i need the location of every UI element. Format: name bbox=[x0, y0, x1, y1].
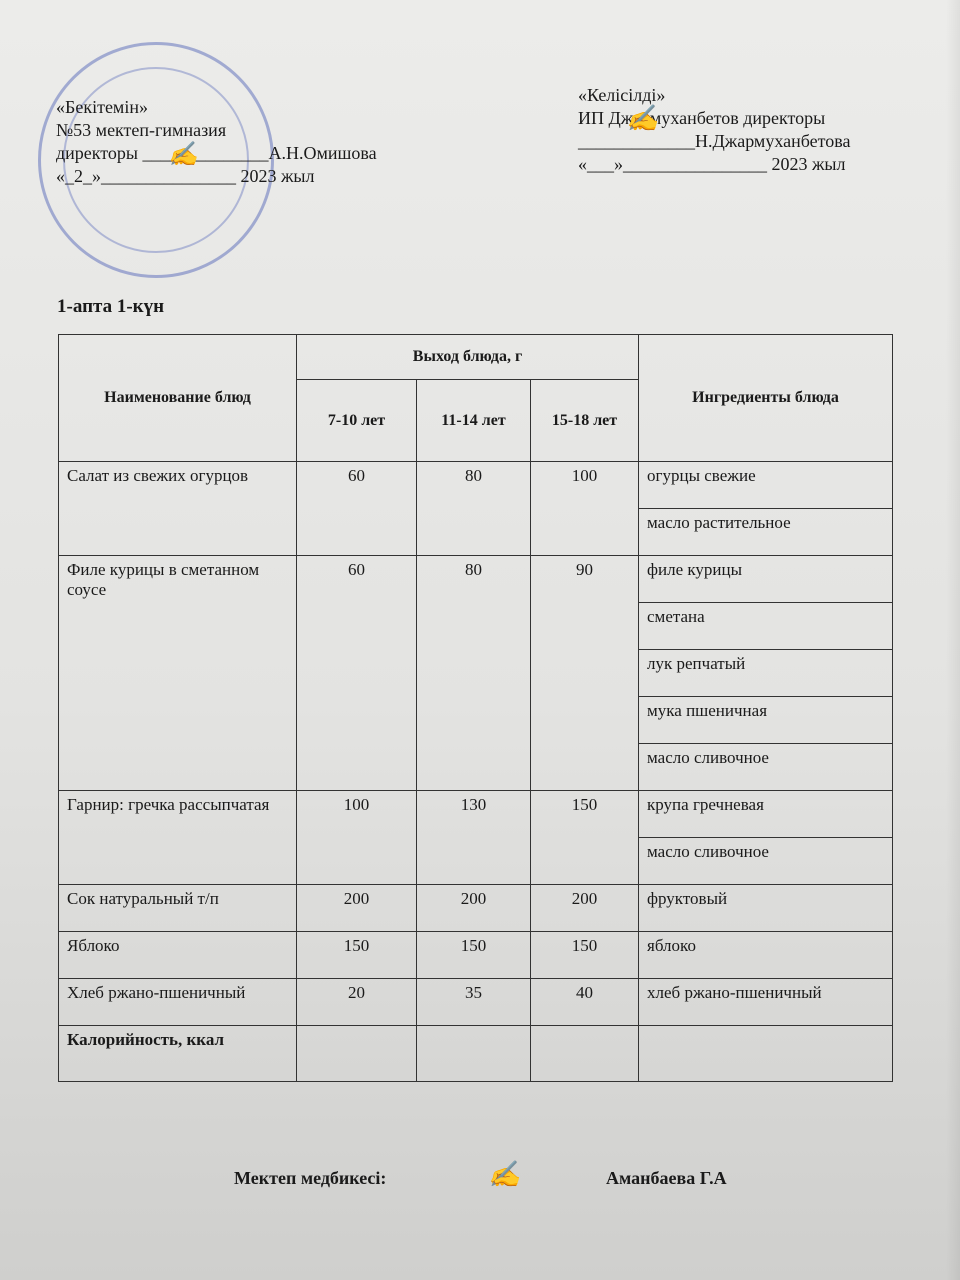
table-row: Сок натуральный т/п200200200фруктовый bbox=[59, 885, 893, 932]
dish-name: Яблоко bbox=[59, 932, 297, 979]
header-ingredients: Ингредиенты блюда bbox=[639, 335, 893, 462]
header-dish-name: Наименование блюд bbox=[59, 335, 297, 462]
agreement-name: _____________Н.Джармуханбетова bbox=[578, 130, 851, 153]
portion-value: 100 bbox=[297, 791, 417, 885]
ingredient: хлеб ржано-пшеничный bbox=[639, 979, 893, 1026]
week-day-label: 1-апта 1-күн bbox=[57, 296, 164, 318]
page-edge-shadow bbox=[946, 0, 960, 1280]
dish-name: Хлеб ржано-пшеничный bbox=[59, 979, 297, 1026]
header-yield: Выход блюда, г bbox=[297, 335, 639, 380]
portion-value: 100 bbox=[531, 462, 639, 556]
agreement-org: ИП Джармуханбетов директоры bbox=[578, 107, 851, 130]
approval-block: «Бекітемін» №53 мектеп-гимназия директор… bbox=[56, 96, 377, 188]
portion-value: 150 bbox=[531, 932, 639, 979]
ingredient: яблоко bbox=[639, 932, 893, 979]
portion-value: 150 bbox=[531, 791, 639, 885]
portion-value: 80 bbox=[417, 462, 531, 556]
calories-row: Калорийность, ккал bbox=[59, 1026, 893, 1082]
header-age-7-10: 7-10 лет bbox=[297, 380, 417, 462]
portion-value: 200 bbox=[531, 885, 639, 932]
ingredient: сметана bbox=[639, 603, 893, 650]
portion-value: 90 bbox=[531, 556, 639, 791]
dish-name: Сок натуральный т/п bbox=[59, 885, 297, 932]
supplier-signature: ✍ bbox=[626, 104, 658, 134]
ingredient: фруктовый bbox=[639, 885, 893, 932]
portion-value: 130 bbox=[417, 791, 531, 885]
ingredient: масло сливочное bbox=[639, 744, 893, 791]
table-row: Яблоко150150150яблоко bbox=[59, 932, 893, 979]
header-age-15-18: 15-18 лет bbox=[531, 380, 639, 462]
ingredient: крупа гречневая bbox=[639, 791, 893, 838]
table-row: Филе курицы в сметанном соусе608090филе … bbox=[59, 556, 893, 603]
table-row: Салат из свежих огурцов6080100огурцы све… bbox=[59, 462, 893, 509]
dish-name: Салат из свежих огурцов bbox=[59, 462, 297, 556]
table-row: Хлеб ржано-пшеничный203540хлеб ржано-пше… bbox=[59, 979, 893, 1026]
calories-label: Калорийность, ккал bbox=[59, 1026, 297, 1082]
dish-name: Филе курицы в сметанном соусе bbox=[59, 556, 297, 791]
portion-value: 200 bbox=[417, 885, 531, 932]
header-age-11-14: 11-14 лет bbox=[417, 380, 531, 462]
director-signature: ✍ bbox=[168, 140, 198, 168]
ingredient: огурцы свежие bbox=[639, 462, 893, 509]
dish-name: Гарнир: гречка рассыпчатая bbox=[59, 791, 297, 885]
portion-value: 200 bbox=[297, 885, 417, 932]
portion-value: 35 bbox=[417, 979, 531, 1026]
portion-value: 80 bbox=[417, 556, 531, 791]
agreement-date: «___»________________ 2023 жыл bbox=[578, 153, 851, 176]
agreement-block: «Келісілді» ИП Джармуханбетов директоры … bbox=[578, 84, 851, 176]
portion-value: 60 bbox=[297, 556, 417, 791]
portion-value: 60 bbox=[297, 462, 417, 556]
table-row: Гарнир: гречка рассыпчатая100130150крупа… bbox=[59, 791, 893, 838]
portion-value: 150 bbox=[297, 932, 417, 979]
nurse-name: Аманбаева Г.А bbox=[606, 1168, 727, 1189]
approval-org: №53 мектеп-гимназия bbox=[56, 119, 377, 142]
approval-director: директоры ______________А.Н.Омишова bbox=[56, 142, 377, 165]
approval-title: «Бекітемін» bbox=[56, 96, 377, 119]
nurse-label: Мектеп медбикесі: bbox=[234, 1168, 386, 1189]
ingredient: филе курицы bbox=[639, 556, 893, 603]
portion-value: 40 bbox=[531, 979, 639, 1026]
ingredient: масло сливочное bbox=[639, 838, 893, 885]
portion-value: 20 bbox=[297, 979, 417, 1026]
ingredient: лук репчатый bbox=[639, 650, 893, 697]
portion-value: 150 bbox=[417, 932, 531, 979]
menu-table: Наименование блюд Выход блюда, г Ингреди… bbox=[58, 334, 893, 1082]
agreement-title: «Келісілді» bbox=[578, 84, 851, 107]
ingredient: масло растительное bbox=[639, 509, 893, 556]
approval-date: «_2_»_______________ 2023 жыл bbox=[56, 165, 377, 188]
ingredient: мука пшеничная bbox=[639, 697, 893, 744]
nurse-signature: ✍ bbox=[488, 1160, 520, 1190]
